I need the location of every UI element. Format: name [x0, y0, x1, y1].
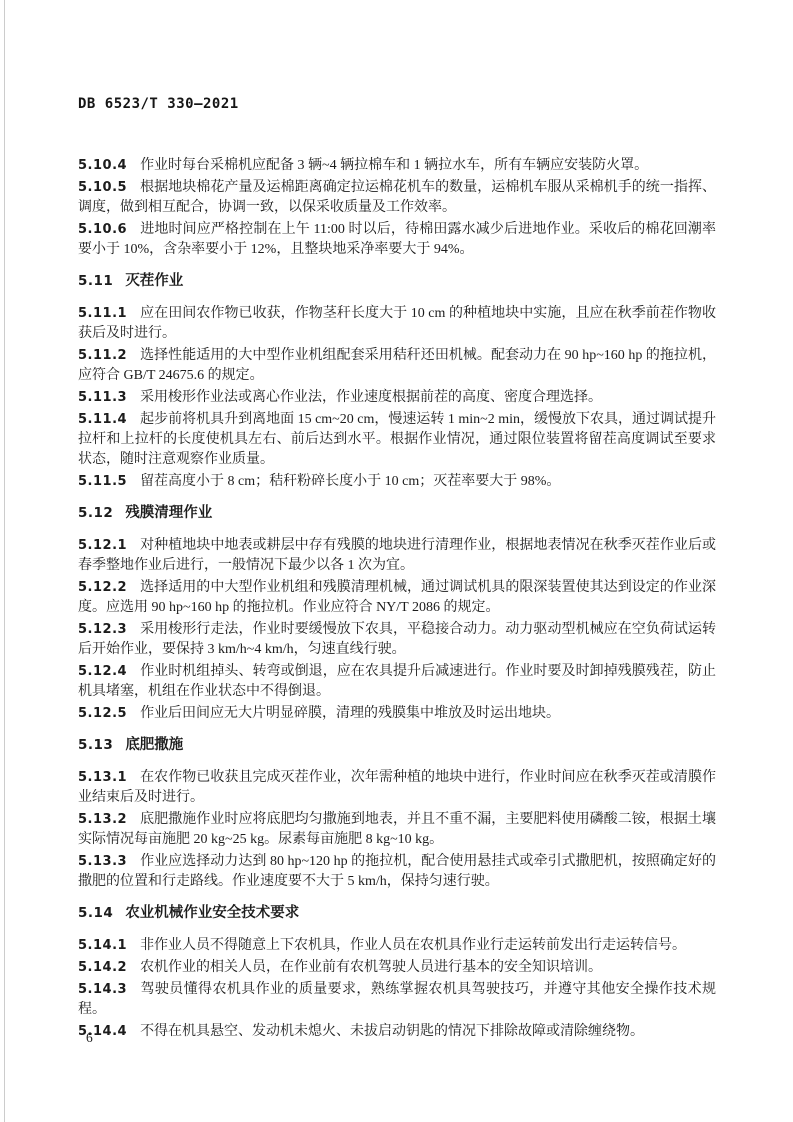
section-title: 底肥撒施: [125, 737, 183, 753]
clause-text: 作业时每台采棉机应配备 3 辆~4 辆拉棉车和 1 辆拉水车，所有车辆应安装防火…: [140, 158, 648, 173]
section-heading-5-11: 5.11灭茬作业: [78, 271, 716, 291]
page-number: 6: [86, 1030, 93, 1046]
clause-text: 作业后田间应无大片明显碎膜，清理的残膜集中堆放及时运出地块。: [140, 706, 560, 721]
document-body: 5.10.4作业时每台采棉机应配备 3 辆~4 辆拉棉车和 1 辆拉水车，所有车…: [78, 154, 716, 1042]
section-number: 5.11: [78, 273, 113, 289]
clause-text: 应在田间农作物已收获，作物茎秆长度大于 10 cm 的种植地块中实施，且应在秋季…: [78, 306, 716, 341]
clause-text: 不得在机具悬空、发动机未熄火、未拔启动钥匙的情况下排除故障或清除缠绕物。: [140, 1024, 644, 1039]
clause-number: 5.12.2: [78, 580, 127, 595]
clause-number: 5.14.2: [78, 960, 127, 975]
clause-5-14-4: 5.14.4不得在机具悬空、发动机未熄火、未拔启动钥匙的情况下排除故障或清除缠绕…: [78, 1022, 716, 1042]
clause-number: 5.10.6: [78, 222, 127, 237]
clause-text: 起步前将机具升到离地面 15 cm~20 cm，慢速运转 1 min~2 min…: [78, 412, 716, 467]
clause-5-12-3: 5.12.3采用梭形行走法，作业时要缓慢放下农具，平稳接合动力。动力驱动型机械应…: [78, 620, 716, 660]
clause-5-13-3: 5.13.3作业应选择动力达到 80 hp~120 hp 的拖拉机，配合使用悬挂…: [78, 852, 716, 892]
clause-5-11-5: 5.11.5留茬高度小于 8 cm；秸秆粉碎长度小于 10 cm；灭茬率要大于 …: [78, 472, 716, 492]
clause-5-11-4: 5.11.4起步前将机具升到离地面 15 cm~20 cm，慢速运转 1 min…: [78, 410, 716, 470]
scan-edge-line: [4, 0, 5, 1122]
clause-number: 5.13.3: [78, 854, 127, 869]
clause-number: 5.12.3: [78, 622, 127, 637]
section-heading-5-14: 5.14农业机械作业安全技术要求: [78, 903, 716, 923]
clause-text: 非作业人员不得随意上下农机具，作业人员在农机具作业行走运转前发出行走运转信号。: [140, 938, 686, 953]
section-number: 5.13: [78, 737, 113, 753]
clause-text: 采用梭形行走法，作业时要缓慢放下农具，平稳接合动力。动力驱动型机械应在空负荷试运…: [78, 622, 716, 657]
section-number: 5.12: [78, 505, 113, 521]
clause-number: 5.11.4: [78, 412, 127, 427]
clause-5-12-1: 5.12.1对种植地块中地表或耕层中存有残膜的地块进行清理作业，根据地表情况在秋…: [78, 536, 716, 576]
clause-5-14-3: 5.14.3驾驶员懂得农机具作业的质量要求，熟练掌握农机具驾驶技巧，并遵守其他安…: [78, 980, 716, 1020]
clause-number: 5.12.1: [78, 538, 127, 553]
clause-text: 底肥撒施作业时应将底肥均匀撒施到地表，并且不重不漏，主要肥料使用磷酸二铵，根据土…: [78, 812, 716, 847]
clause-text: 采用梭形作业法或离心作业法，作业速度根据前茬的高度、密度合理选择。: [140, 390, 602, 405]
clause-5-11-1: 5.11.1应在田间农作物已收获，作物茎秆长度大于 10 cm 的种植地块中实施…: [78, 304, 716, 344]
clause-text: 农机作业的相关人员，在作业前有农机驾驶人员进行基本的安全知识培训。: [140, 960, 602, 975]
clause-5-14-2: 5.14.2农机作业的相关人员，在作业前有农机驾驶人员进行基本的安全知识培训。: [78, 958, 716, 978]
clause-5-11-3: 5.11.3采用梭形作业法或离心作业法，作业速度根据前茬的高度、密度合理选择。: [78, 388, 716, 408]
clause-number: 5.14.1: [78, 938, 127, 953]
clause-number: 5.12.5: [78, 706, 127, 721]
document-page: DB 6523/T 330—2021 5.10.4作业时每台采棉机应配备 3 辆…: [0, 0, 793, 1122]
clause-text: 作业应选择动力达到 80 hp~120 hp 的拖拉机，配合使用悬挂式或牵引式撒…: [78, 854, 716, 889]
clause-5-10-4: 5.10.4作业时每台采棉机应配备 3 辆~4 辆拉棉车和 1 辆拉水车，所有车…: [78, 156, 716, 176]
section-heading-5-12: 5.12残膜清理作业: [78, 503, 716, 523]
clause-number: 5.14.3: [78, 982, 127, 997]
clause-5-13-1: 5.13.1在农作物已收获且完成灭茬作业，次年需种植的地块中进行，作业时间应在秋…: [78, 768, 716, 808]
section-title: 残膜清理作业: [125, 505, 212, 521]
clause-text: 选择性能适用的大中型作业机组配套采用秸秆还田机械。配套动力在 90 hp~160…: [78, 348, 716, 383]
clause-5-11-2: 5.11.2选择性能适用的大中型作业机组配套采用秸秆还田机械。配套动力在 90 …: [78, 346, 716, 386]
clause-text: 对种植地块中地表或耕层中存有残膜的地块进行清理作业，根据地表情况在秋季灭茬作业后…: [78, 538, 716, 573]
clause-number: 5.12.4: [78, 664, 127, 679]
clause-number: 5.11.5: [78, 474, 127, 489]
clause-text: 进地时间应严格控制在上午 11:00 时以后，待棉田露水减少后进地作业。采收后的…: [78, 222, 716, 257]
clause-5-13-2: 5.13.2底肥撒施作业时应将底肥均匀撒施到地表，并且不重不漏，主要肥料使用磷酸…: [78, 810, 716, 850]
clause-text: 选择适用的中大型作业机组和残膜清理机械，通过调试机具的限深装置使其达到设定的作业…: [78, 580, 716, 615]
clause-text: 根据地块棉花产量及运棉距离确定拉运棉花机车的数量，运棉机车服从采棉机手的统一指挥…: [78, 180, 716, 215]
clause-5-12-4: 5.12.4作业时机组掉头、转弯或倒退，应在农具提升后减速进行。作业时要及时卸掉…: [78, 662, 716, 702]
clause-number: 5.13.2: [78, 812, 127, 827]
clause-number: 5.11.2: [78, 348, 127, 363]
clause-text: 在农作物已收获且完成灭茬作业，次年需种植的地块中进行，作业时间应在秋季灭茬或清膜…: [78, 770, 716, 805]
clause-number: 5.13.1: [78, 770, 127, 785]
clause-number: 5.11.3: [78, 390, 127, 405]
clause-number: 5.10.5: [78, 180, 127, 195]
clause-5-10-5: 5.10.5根据地块棉花产量及运棉距离确定拉运棉花机车的数量，运棉机车服从采棉机…: [78, 178, 716, 218]
section-heading-5-13: 5.13底肥撒施: [78, 735, 716, 755]
clause-5-10-6: 5.10.6进地时间应严格控制在上午 11:00 时以后，待棉田露水减少后进地作…: [78, 220, 716, 260]
clause-text: 作业时机组掉头、转弯或倒退，应在农具提升后减速进行。作业时要及时卸掉残膜残茬，防…: [78, 664, 716, 699]
section-title: 灭茬作业: [125, 273, 183, 289]
section-title: 农业机械作业安全技术要求: [125, 905, 299, 921]
clause-5-12-2: 5.12.2选择适用的中大型作业机组和残膜清理机械，通过调试机具的限深装置使其达…: [78, 578, 716, 618]
section-number: 5.14: [78, 905, 113, 921]
standard-number: DB 6523/T 330—2021: [78, 96, 239, 112]
clause-number: 5.11.1: [78, 306, 127, 321]
clause-number: 5.10.4: [78, 158, 127, 173]
clause-text: 驾驶员懂得农机具作业的质量要求，熟练掌握农机具驾驶技巧，并遵守其他安全操作技术规…: [78, 982, 716, 1017]
clause-5-14-1: 5.14.1非作业人员不得随意上下农机具，作业人员在农机具作业行走运转前发出行走…: [78, 936, 716, 956]
clause-text: 留茬高度小于 8 cm；秸秆粉碎长度小于 10 cm；灭茬率要大于 98%。: [140, 474, 560, 489]
clause-5-12-5: 5.12.5作业后田间应无大片明显碎膜，清理的残膜集中堆放及时运出地块。: [78, 704, 716, 724]
